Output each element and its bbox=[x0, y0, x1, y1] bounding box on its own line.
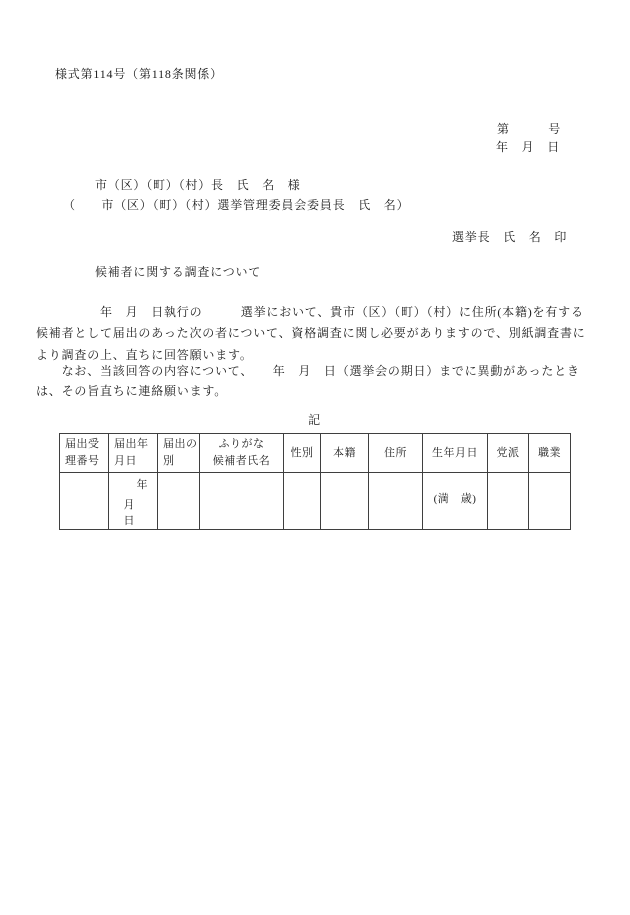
header-party: 党派 bbox=[488, 434, 529, 473]
cell-filing-type bbox=[158, 473, 200, 530]
sender-signature-line: 選挙長 氏 名 印 bbox=[452, 229, 567, 245]
cell-filing-date-month-day: 月 日 bbox=[109, 493, 157, 529]
header-filing-type: 届出の 別 bbox=[158, 434, 200, 473]
header-filing-date: 届出年 月日 bbox=[109, 434, 158, 473]
body-paragraph1-line2: 候補者として届出のあった次の者について、資格調査に関し必要がありますので、別紙調… bbox=[36, 325, 586, 341]
subject-title: 候補者に関する調査について bbox=[95, 264, 261, 280]
cell-filing-date-year: 年 bbox=[109, 473, 157, 493]
cell-party bbox=[488, 473, 529, 530]
form-number: 様式第114号（第118条関係） bbox=[55, 66, 223, 82]
header-registered-domicile: 本籍 bbox=[321, 434, 369, 473]
header-occupation: 職業 bbox=[529, 434, 571, 473]
document-number-line: 第 号 bbox=[497, 121, 561, 137]
header-candidate-name: ふりがな 候補者氏名 bbox=[200, 434, 284, 473]
body-paragraph1-line1: 年 月 日執行の 選挙において、貴市（区）（町）（村）に住所(本籍)を有する bbox=[36, 304, 584, 320]
cell-candidate-name bbox=[200, 473, 284, 530]
table-header-row: 届出受 理番号 届出年 月日 届出の 別 ふりがな 候補者氏名 性別 本籍 住所… bbox=[60, 434, 571, 473]
cell-filing-date: 年 月 日 bbox=[109, 473, 158, 530]
recipient-mayor-line: 市（区）（町）（村）長 氏 名 様 bbox=[95, 177, 301, 193]
record-heading: 記 bbox=[59, 412, 570, 428]
header-address: 住所 bbox=[369, 434, 423, 473]
recipient-election-committee-line: （ 市（区）（町）（村）選挙管理委員会委員長 氏 名） bbox=[63, 197, 409, 213]
document-page: 様式第114号（第118条関係） 第 号 年 月 日 市（区）（町）（村）長 氏… bbox=[0, 0, 630, 915]
cell-sex bbox=[284, 473, 321, 530]
cell-registered-domicile bbox=[321, 473, 369, 530]
cell-address bbox=[369, 473, 423, 530]
body-paragraph2-line1: なお、当該回答の内容について、 年 月 日（選挙会の期日）までに異動があったとき bbox=[36, 363, 580, 379]
cell-occupation bbox=[529, 473, 571, 530]
cell-birth-date: (満 歳) bbox=[423, 473, 488, 530]
header-sex: 性別 bbox=[284, 434, 321, 473]
header-birth-date: 生年月日 bbox=[423, 434, 488, 473]
table-entry-row: 年 月 日 (満 歳) bbox=[60, 473, 571, 530]
body-paragraph2-line2: は、その旨直ちに連絡願います。 bbox=[36, 383, 227, 399]
cell-age-note: (満 歳) bbox=[423, 490, 487, 512]
document-date-line: 年 月 日 bbox=[496, 139, 560, 155]
body-paragraph1-line3: より調査の上、直ちに回答願います。 bbox=[36, 347, 253, 363]
header-receipt-number: 届出受 理番号 bbox=[60, 434, 109, 473]
candidate-table: 届出受 理番号 届出年 月日 届出の 別 ふりがな 候補者氏名 性別 本籍 住所… bbox=[59, 433, 571, 530]
cell-receipt-number bbox=[60, 473, 109, 530]
